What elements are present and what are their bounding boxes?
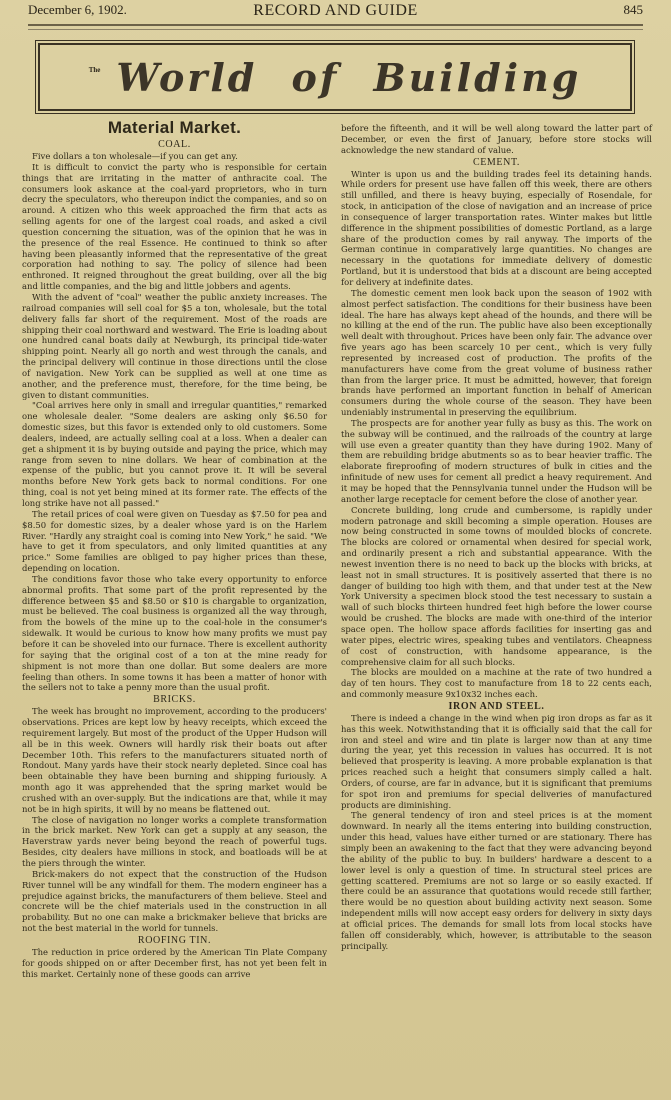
column-right: before the fifteenth, and it will be wel… bbox=[341, 123, 652, 951]
newspaper-page: December 6, 1902. RECORD AND GUIDE 845 T… bbox=[0, 0, 671, 1100]
subhead-coal: COAL. bbox=[22, 139, 327, 150]
paragraph: The retail prices of coal were given on … bbox=[22, 509, 327, 574]
banner-prefix: The bbox=[89, 66, 101, 74]
section-banner: The World of Building bbox=[38, 43, 632, 111]
paragraph: The conditions favor those who take ever… bbox=[22, 574, 327, 693]
column-left: Material Market. COAL. Five dollars a to… bbox=[22, 118, 327, 979]
paragraph: Five dollars a ton wholesale—if you can … bbox=[22, 151, 327, 162]
paragraph: It is difficult to convict the party who… bbox=[22, 162, 327, 292]
paragraph: The prospects are for another year fully… bbox=[341, 418, 652, 505]
paragraph: The close of navigation no longer works … bbox=[22, 815, 327, 869]
paragraph: Brick-makers do not expect that the cons… bbox=[22, 869, 327, 934]
paragraph: "Coal arrives here only in small and irr… bbox=[22, 400, 327, 508]
paragraph: The domestic cement men look back upon t… bbox=[341, 288, 652, 418]
publication-title: RECORD AND GUIDE bbox=[28, 2, 643, 20]
paragraph: With the advent of "coal" weather the pu… bbox=[22, 292, 327, 400]
paragraph: The general tendency of iron and steel p… bbox=[341, 810, 652, 951]
page-number: 845 bbox=[624, 2, 644, 18]
article-title: Material Market. bbox=[22, 118, 327, 138]
header-rule bbox=[28, 24, 643, 30]
paragraph: The blocks are moulded on a machine at t… bbox=[341, 667, 652, 700]
paragraph: Winter is upon us and the building trade… bbox=[341, 169, 652, 288]
paragraph: There is indeed a change in the wind whe… bbox=[341, 713, 652, 811]
paragraph-continued: before the fifteenth, and it will be wel… bbox=[341, 123, 652, 156]
paragraph: Concrete building, long crude and cumber… bbox=[341, 505, 652, 668]
running-head: December 6, 1902. RECORD AND GUIDE 845 bbox=[28, 2, 643, 22]
subhead-roofing-tin: ROOFING TIN. bbox=[22, 935, 327, 946]
paragraph: The week has brought no improvement, acc… bbox=[22, 706, 327, 814]
subhead-iron-steel: IRON AND STEEL. bbox=[341, 701, 652, 712]
banner-title: World of Building bbox=[116, 55, 581, 100]
subhead-cement: CEMENT. bbox=[341, 157, 652, 168]
subhead-bricks: BRICKS. bbox=[22, 694, 327, 705]
paragraph: The reduction in price ordered by the Am… bbox=[22, 947, 327, 980]
